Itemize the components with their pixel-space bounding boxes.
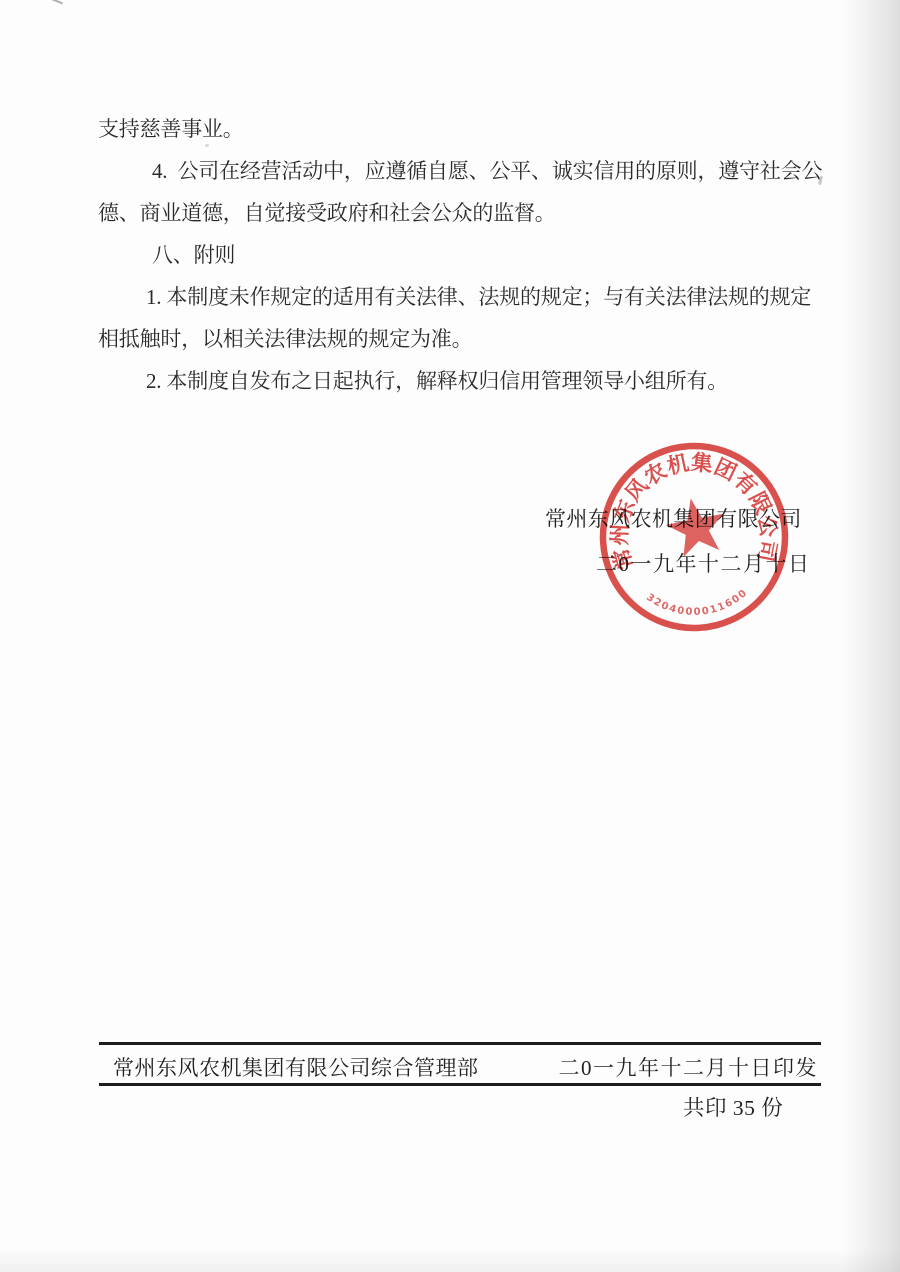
star-icon bbox=[665, 497, 726, 558]
scan-edge-shading bbox=[843, 0, 900, 1272]
body-line: 2. 本制度自发布之日起执行，解释权归信用管理领导小组所有。 bbox=[146, 368, 728, 394]
body-line: 1. 本制度未作规定的适用有关法律、法规的规定；与有关法律法规的规定 bbox=[146, 284, 811, 310]
scan-artifact bbox=[50, 0, 63, 4]
body-line: 4. 公司在经营活动中，应遵循自愿、公平、诚实信用的原则，遵守社会公 bbox=[152, 158, 822, 184]
company-seal-graphic: 常州东风农机集团有限公司 3204000011600 bbox=[578, 421, 809, 652]
footer-rule-top bbox=[99, 1042, 821, 1045]
body-line: 德、商业道德，自觉接受政府和社会公众的监督。 bbox=[98, 200, 556, 226]
company-seal: 常州东风农机集团有限公司 3204000011600 bbox=[578, 421, 809, 652]
document-page: 支持慈善事业。 4. 公司在经营活动中，应遵循自愿、公平、诚实信用的原则，遵守社… bbox=[0, 0, 900, 1272]
footer-copies-count: 共印 35 份 bbox=[683, 1091, 783, 1122]
scan-artifact bbox=[205, 144, 209, 147]
scan-edge-shading-bottom bbox=[0, 1248, 900, 1272]
body-line: 支持慈善事业。 bbox=[98, 116, 244, 142]
body-line: 相抵触时，以相关法律法规的规定为准。 bbox=[98, 326, 472, 352]
footer-print-date: 二0一九年十二月十日印发 bbox=[559, 1052, 819, 1082]
footer-rule-bottom bbox=[99, 1083, 821, 1086]
footer-issuer: 常州东风农机集团有限公司综合管理部 bbox=[113, 1052, 479, 1082]
section-heading: 八、附则 bbox=[152, 242, 235, 268]
